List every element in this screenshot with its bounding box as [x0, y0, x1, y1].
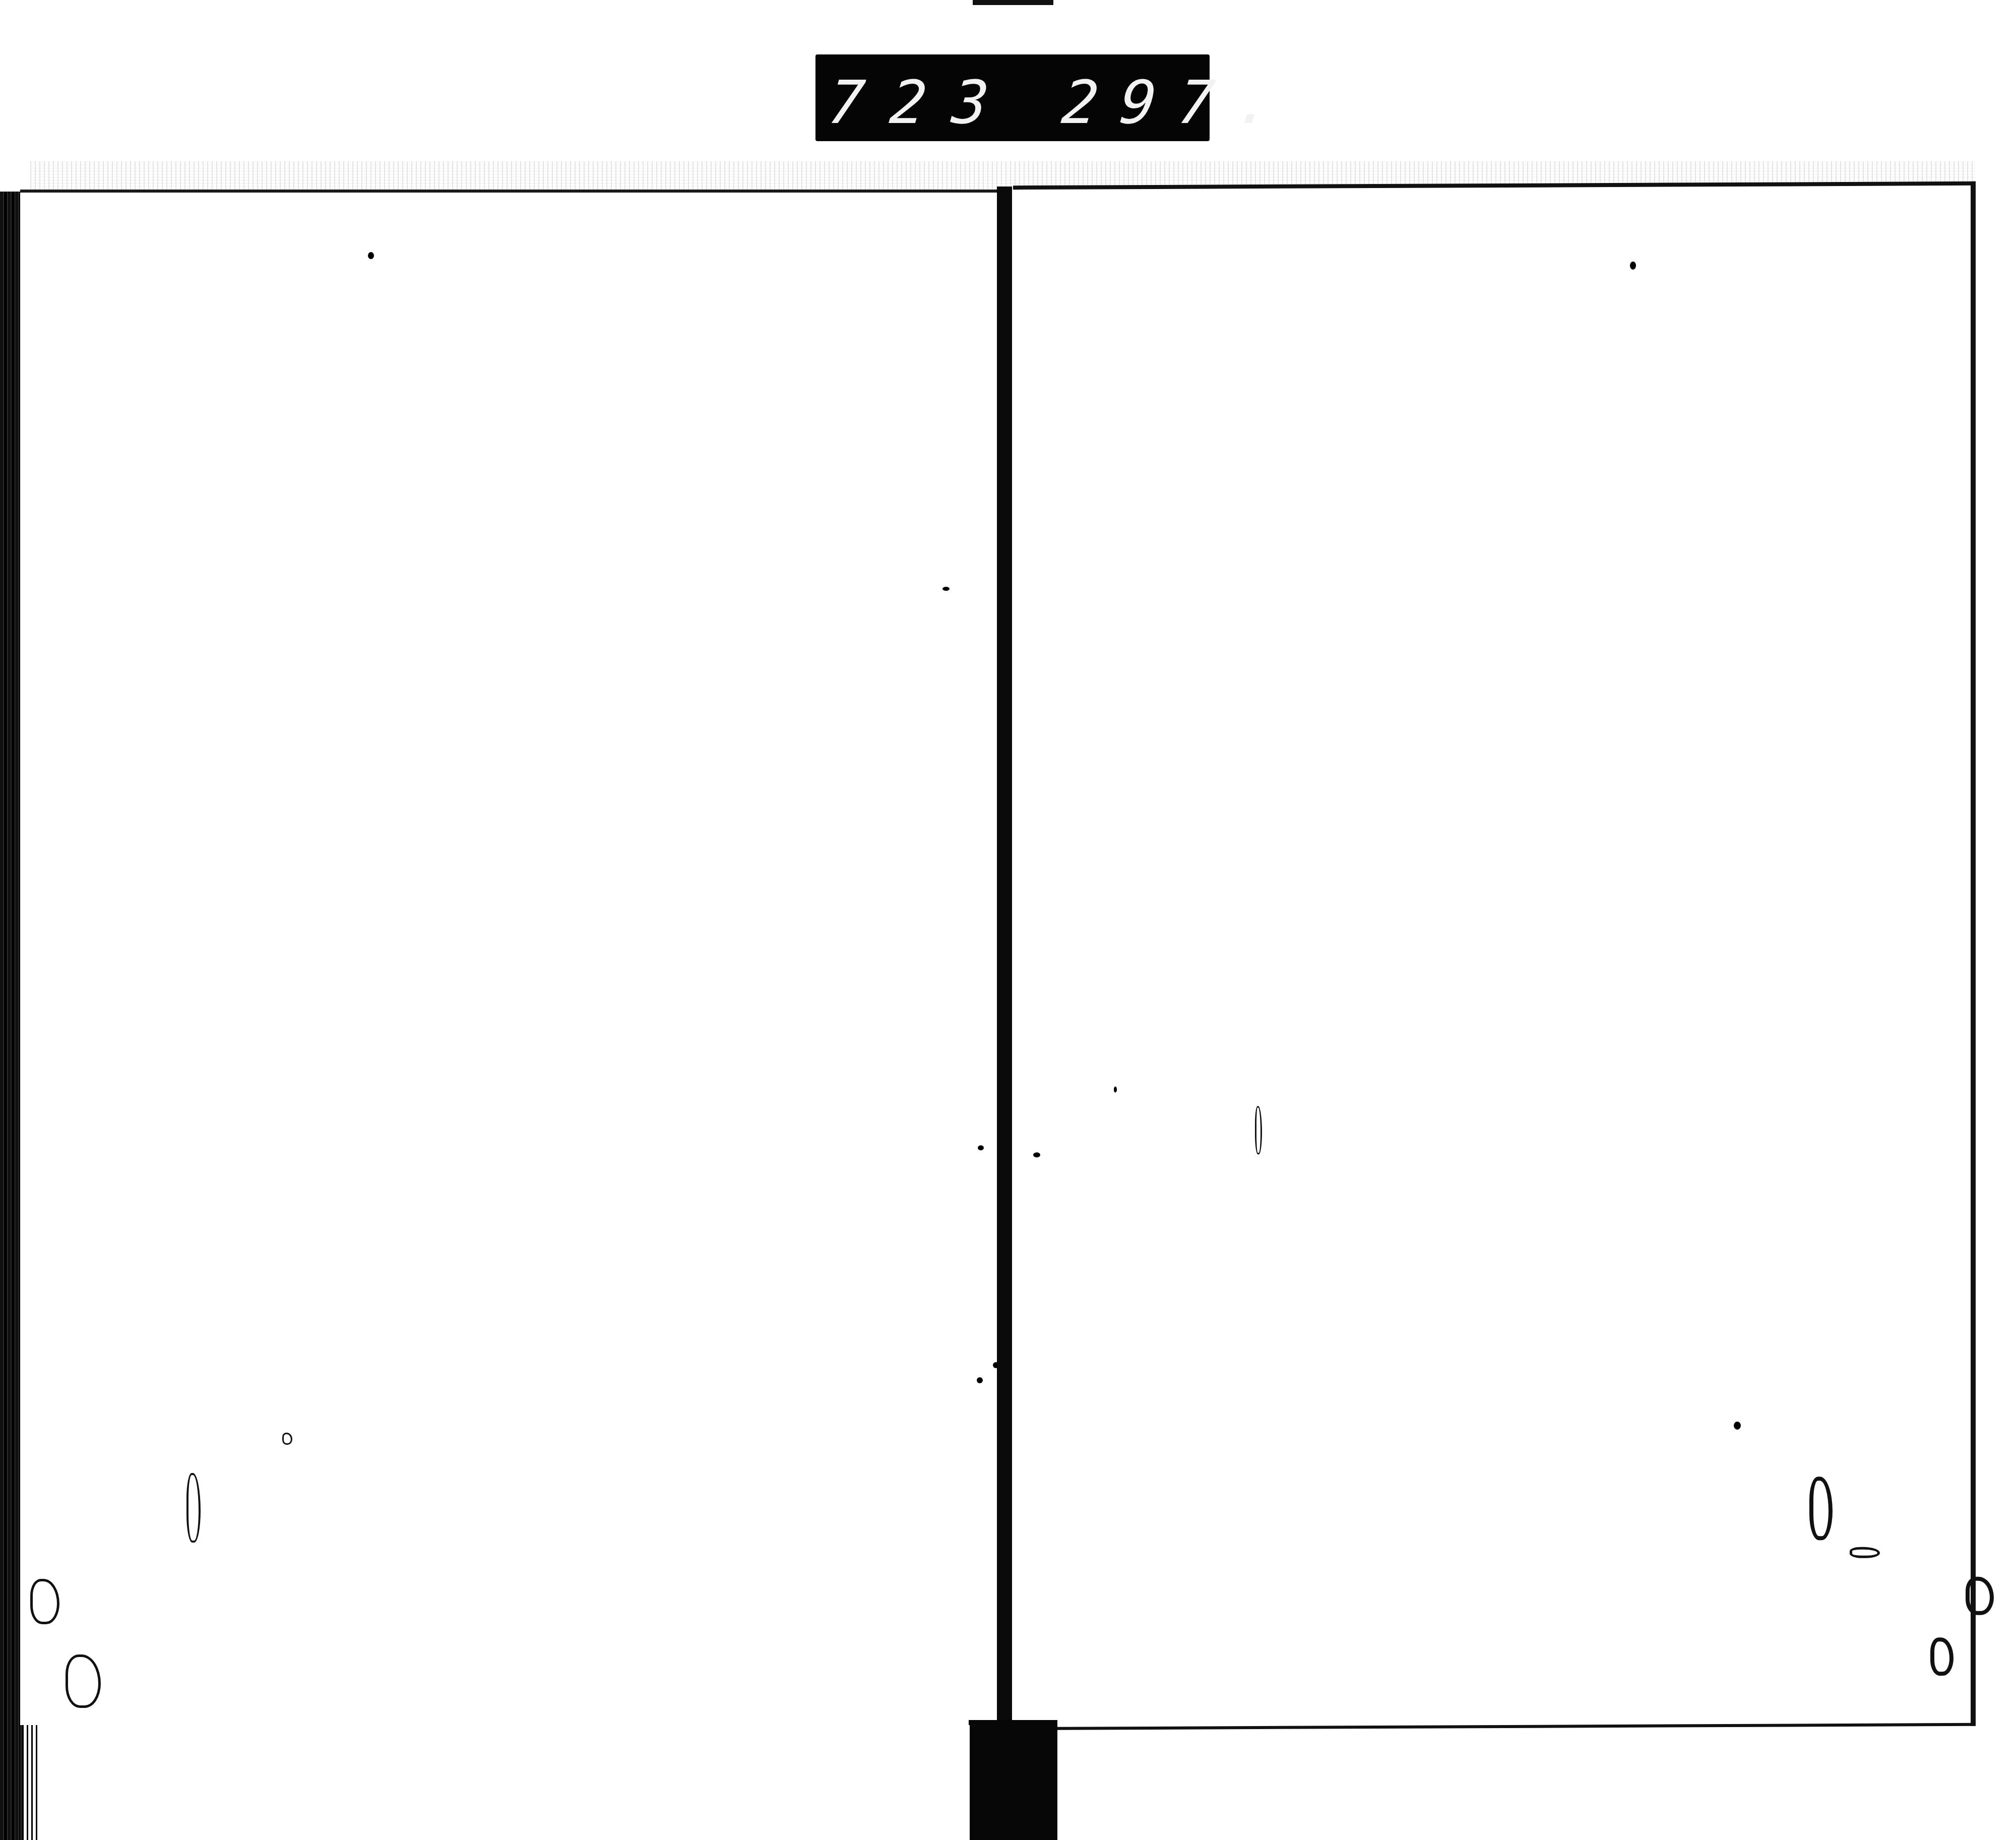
speck [1033, 1152, 1040, 1157]
open-book-spread [0, 161, 2016, 1840]
speck [978, 1145, 984, 1150]
lower-page-stack [20, 1725, 970, 1840]
corner-stain-mark [66, 1654, 101, 1708]
book-fore-edge-left [0, 192, 22, 1840]
speck [1114, 1086, 1117, 1092]
speck [977, 1377, 983, 1383]
left-page [20, 190, 1003, 1728]
stain-mark [186, 1473, 201, 1543]
stain-mark [1255, 1106, 1262, 1154]
speck [1630, 262, 1636, 270]
right-page [1013, 181, 1976, 1730]
speck [368, 252, 374, 259]
book-gutter [997, 187, 1012, 1729]
frame-number-right: 297. [1059, 73, 1298, 132]
ink-ring-mark [282, 1433, 292, 1445]
frame-number-label: 723 297. [815, 54, 1210, 141]
stain-mark [1850, 1547, 1880, 1558]
stain-mark [1809, 1477, 1833, 1540]
corner-stain-mark [30, 1579, 59, 1624]
corner-stain-mark [1930, 1637, 1954, 1676]
spine-bottom-tab [969, 1720, 1057, 1840]
speck [942, 587, 950, 591]
corner-stain-mark [1966, 1577, 1994, 1615]
speck [1734, 1422, 1741, 1430]
frame-number-left: 723 [826, 73, 1018, 132]
top-clip-mark [973, 0, 1053, 5]
